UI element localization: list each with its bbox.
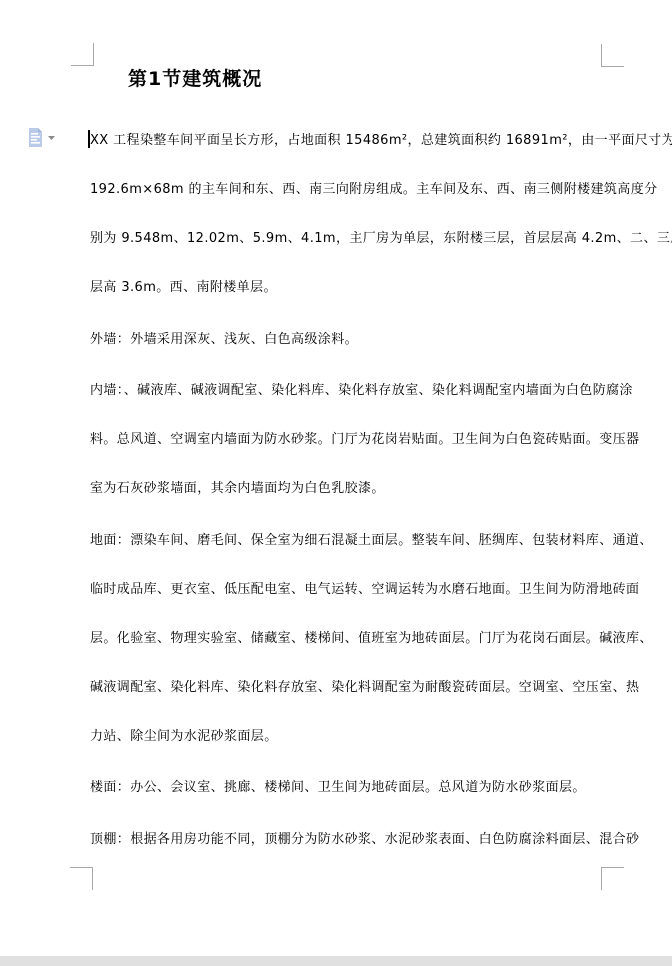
document-body[interactable]: XX 工程染整车间平面呈长方形，占地面积 15486m²，总建筑面积约 1689… [90,116,614,866]
horizontal-scrollbar[interactable] [0,956,672,966]
chevron-down-icon [48,136,55,140]
paragraph-overview[interactable]: XX 工程染整车间平面呈长方形，占地面积 15486m²，总建筑面积约 1689… [90,116,614,312]
paste-options-icon [26,126,56,150]
paragraph-exterior-walls[interactable]: 外墙：外墙采用深灰、浅灰、白色高级涂料。 [90,315,614,364]
text-boundary-mark-top-right [601,44,624,67]
paragraph-interior-walls[interactable]: 内墙：、碱液库、碱液调配室、染化料库、染化料存放室、染化料调配室内墙面为白色防腐… [90,366,614,513]
text-boundary-mark-bottom-right [601,867,624,890]
text-boundary-mark-top-left [71,43,94,66]
paragraph-ground-floors[interactable]: 地面：漂染车间、磨毛间、保全室为细石混凝土面层。整装车间、胚绸库、包装材料库、通… [90,516,614,761]
word-document-page: { "document": { "title": "第1节建筑概况", "par… [0,0,672,966]
document-icon [29,128,42,147]
paragraph-ceilings[interactable]: 顶棚：根据各用房功能不同，顶棚分为防水砂浆、水泥砂浆表面、白色防腐涂料面层、混合… [90,815,614,864]
text-boundary-mark-bottom-left [70,867,93,890]
paste-options-button[interactable] [26,126,56,150]
paragraph-upper-floors[interactable]: 楼面：办公、会议室、挑廊、楼梯间、卫生间为地砖面层。总风道为防水砂浆面层。 [90,763,614,812]
section-title[interactable]: 第1节建筑概况 [128,68,262,91]
